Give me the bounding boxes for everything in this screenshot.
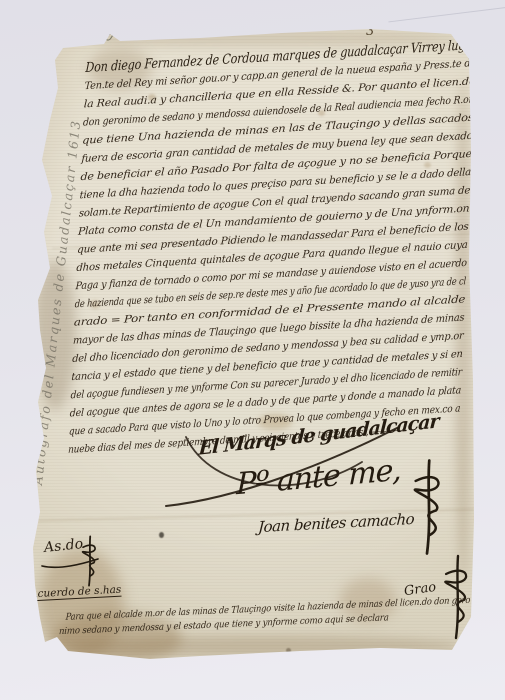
stain [286, 648, 291, 653]
docket-text: Para que el alcalde m.or de las minas de… [58, 591, 474, 646]
auction-photo: 3 Autografo del Marques de Guadalcaçar 1… [0, 0, 505, 700]
rubric-flourish-icon [404, 456, 450, 558]
corner-curl-mark [102, 28, 116, 44]
manuscript-paper: 3 Autografo del Marques de Guadalcaçar 1… [0, 0, 505, 700]
page-number: 3 [366, 24, 374, 39]
acuerdo-note: Acuerdo de s.has [30, 584, 122, 601]
assent-underline-icon [40, 556, 100, 570]
assent-mark: As.do [43, 536, 84, 556]
signature-secretary: Joan benites camacho [258, 510, 415, 536]
signature-ante-mi: Pº ante me, [236, 453, 401, 503]
ink-speck [159, 532, 164, 538]
manuscript-text: Don diego Fernandez de Cordoua marques d… [67, 33, 479, 466]
background-scratch [388, 7, 505, 23]
